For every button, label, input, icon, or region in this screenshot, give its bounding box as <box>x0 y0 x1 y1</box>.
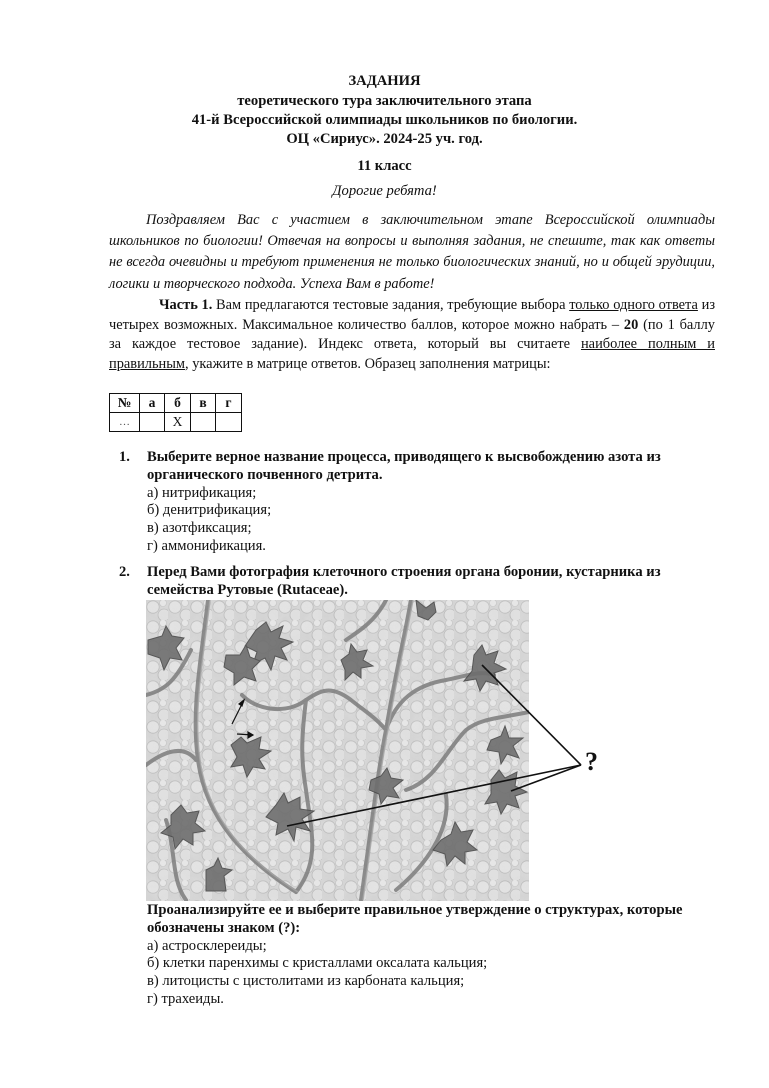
micrograph-image <box>146 600 529 901</box>
question-number: 1. <box>119 449 130 466</box>
matrix-header-cell: а <box>140 394 165 413</box>
matrix-header-cell: в <box>191 394 216 413</box>
question-2-followup: Проанализируйте ее и выберите правильное… <box>147 902 717 1009</box>
greeting: Дорогие ребята! <box>0 183 769 200</box>
intro-paragraph: Поздравляем Вас с участием в заключитель… <box>109 210 715 295</box>
matrix-cell <box>140 413 165 432</box>
answer-option-g: г) трахеиды. <box>147 991 717 1009</box>
answer-matrix-sample: № а б в г … X <box>109 393 242 432</box>
answer-option-v: в) азотфиксация; <box>147 520 717 538</box>
part1-instructions: Часть 1. Вам предлагаются тестовые задан… <box>109 296 715 374</box>
part1-label: Часть 1. <box>159 297 212 313</box>
part1-max-points: 20 <box>624 317 638 333</box>
grade-label: 11 класс <box>0 158 769 175</box>
doc-title: ЗАДАНИЯ <box>0 73 769 90</box>
part1-text: Вам предлагаются тестовые задания, требу… <box>212 297 569 313</box>
matrix-cell: … <box>110 413 140 432</box>
document-page: ЗАДАНИЯ теоретического тура заключительн… <box>0 0 769 1088</box>
part1-text: , укажите в матрице ответов. Образец зап… <box>185 356 551 372</box>
part1-emphasis-one-answer: только одного ответа <box>569 297 698 313</box>
matrix-header-cell: № <box>110 394 140 413</box>
matrix-cell <box>216 413 242 432</box>
micrograph-figure <box>146 600 529 901</box>
doc-subtitle-line-3: ОЦ «Сириус». 2024-25 уч. год. <box>0 131 769 148</box>
answer-option-b: б) денитрификация; <box>147 502 717 520</box>
matrix-header-cell: б <box>165 394 191 413</box>
matrix-header-row: № а б в г <box>110 394 242 413</box>
question-text: Выберите верное название процесса, приво… <box>147 449 717 485</box>
answer-option-a: а) нитрификация; <box>147 485 717 503</box>
answer-option-b: б) клетки паренхимы с кристаллами оксала… <box>147 955 717 973</box>
doc-subtitle-line-1: теоретического тура заключительного этап… <box>0 93 769 110</box>
question-number: 2. <box>119 564 130 581</box>
doc-subtitle-line-2: 41-й Всероссийской олимпиады школьников … <box>0 112 769 129</box>
question-text: Перед Вами фотография клеточного строени… <box>147 564 717 600</box>
figure-question-mark: ? <box>585 747 598 777</box>
question-followup-text: Проанализируйте ее и выберите правильное… <box>147 902 717 938</box>
matrix-cell: X <box>165 413 191 432</box>
matrix-row: … X <box>110 413 242 432</box>
matrix-cell <box>191 413 216 432</box>
answer-option-a: а) астросклереиды; <box>147 938 717 956</box>
answer-option-g: г) аммонификация. <box>147 538 717 556</box>
answer-option-v: в) литоцисты с цистолитами из карбоната … <box>147 973 717 991</box>
matrix-header-cell: г <box>216 394 242 413</box>
